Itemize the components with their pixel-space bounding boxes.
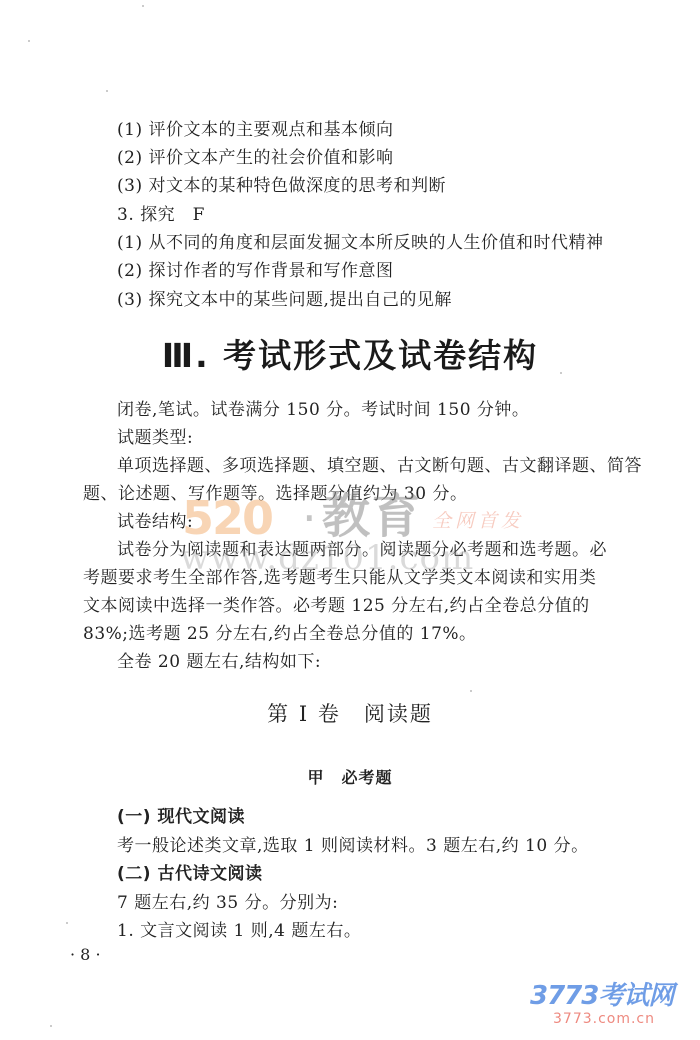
total-questions-text: 全卷 20 题左右,结构如下: <box>117 652 321 672</box>
inquiry-title: 3. 探究 F <box>117 205 205 225</box>
scan-speck <box>470 690 472 692</box>
scan-speck <box>106 90 108 92</box>
structure-para-line3: 文本阅读中选择一类作答。必考题 125 分左右,约占全卷总分值的 <box>83 596 590 616</box>
inquiry-item-2: (2) 探讨作者的写作背景和写作意图 <box>117 261 393 281</box>
part1-title: (一) 现代文阅读 <box>117 807 245 827</box>
scan-speck <box>66 922 68 924</box>
section-heading: Ⅲ. 考试形式及试卷结构 <box>0 336 700 376</box>
structure-label: 试卷结构: <box>117 512 193 532</box>
part2-item1: 1. 文言文阅读 1 则,4 题左右。 <box>117 921 361 941</box>
document-page: (1) 评价文本的主要观点和基本倾向 (2) 评价文本产生的社会价值和影响 (3… <box>0 0 700 1040</box>
scan-speck <box>28 40 30 42</box>
evaluation-item-3: (3) 对文本的某种特色做深度的思考和判断 <box>117 176 446 196</box>
evaluation-item-1: (1) 评价文本的主要观点和基本倾向 <box>117 120 393 140</box>
logo-3773-url: 3773.com.cn <box>553 1011 655 1027</box>
inquiry-item-1: (1) 从不同的角度和层面发掘文本所反映的人生价值和时代精神 <box>117 233 603 253</box>
question-types-line1: 单项选择题、多项选择题、填空题、古文断句题、古文翻译题、简答 <box>117 456 642 476</box>
question-types-label: 试题类型: <box>117 428 193 448</box>
watermark-brand-number: 520 <box>182 493 272 543</box>
inquiry-item-3: (3) 探究文本中的某些问题,提出自己的见解 <box>117 290 452 310</box>
part2-text: 7 题左右,约 35 分。分别为: <box>117 893 338 913</box>
logo-3773-name: 3773考试网 <box>530 982 673 1010</box>
watermark-slogan: 全网首发 <box>432 510 524 532</box>
watermark-brand-dot: · <box>302 493 317 543</box>
scan-speck <box>560 372 562 374</box>
scan-speck <box>50 1025 52 1027</box>
page-number: · 8 · <box>70 945 101 964</box>
scan-speck <box>142 5 144 7</box>
part1-text: 考一般论述类文章,选取 1 则阅读材料。3 题左右,约 10 分。 <box>117 836 589 856</box>
watermark-brand-text: 教育 <box>322 490 422 542</box>
structure-para-line2: 考题要求考生全部作答,选考题考生只能从文学类文本阅读和实用类 <box>83 568 596 588</box>
structure-para-line4: 83%;选考题 25 分左右,约占全卷总分值的 17%。 <box>83 624 477 644</box>
part2-title: (二) 古代诗文阅读 <box>117 864 262 884</box>
volume-heading: 第 I 卷 阅读题 <box>0 700 700 728</box>
required-section-heading: 甲 必考题 <box>0 768 700 788</box>
evaluation-item-2: (2) 评价文本产生的社会价值和影响 <box>117 148 393 168</box>
scan-speck <box>172 153 174 155</box>
exam-form-text: 闭卷,笔试。试卷满分 150 分。考试时间 150 分钟。 <box>117 400 529 420</box>
